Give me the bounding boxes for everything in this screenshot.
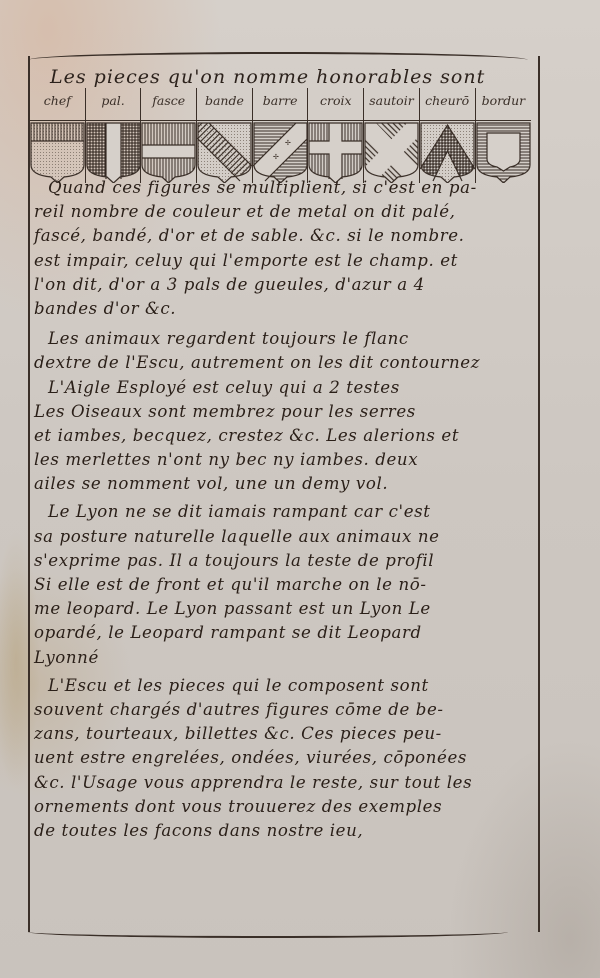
shield-fess-icon: [141, 121, 196, 183]
ordinary-label: bande: [197, 88, 252, 121]
ordinaries-row: chef pal. fasce bande: [30, 88, 532, 183]
ordinary-chevron: cheurō: [420, 88, 476, 183]
ordinary-label: barre: [253, 88, 308, 121]
text-line: l'on dit, d'or a 3 pals de gueules, d'az…: [34, 273, 534, 297]
text-line: Lyonné: [34, 646, 534, 670]
ordinary-label: chef: [30, 88, 85, 121]
shield-pale-icon: [86, 121, 141, 183]
shield-cross-icon: [308, 121, 363, 183]
scanned-page: Les pieces qu'on nomme honorables sont c…: [0, 0, 600, 978]
shield-chef-icon: [30, 121, 85, 183]
text-line: dextre de l'Escu, autrement on les dit c…: [34, 351, 534, 375]
text-line: Quand ces figures se multiplient, si c'e…: [34, 176, 534, 200]
text-line: Si elle est de front et qu'il marche on …: [34, 573, 534, 597]
text-line: Les animaux regardent toujours le flanc: [34, 327, 534, 351]
ordinary-label: croix: [308, 88, 363, 121]
text-line: L'Escu et les pieces qui le composent so…: [34, 674, 534, 698]
shield-bend-sinister-icon: ✢✢: [253, 121, 308, 183]
text-line: fascé, bandé, d'or et de sable. &c. si l…: [34, 224, 534, 248]
text-line: et iambes, becquez, crestez &c. Les aler…: [34, 424, 534, 448]
shield-bordure-icon: [476, 121, 531, 183]
text-line: est impair, celuy qui l'emporte est le c…: [34, 249, 534, 273]
ordinary-label: bordur: [476, 88, 532, 121]
ordinary-pal: pal.: [86, 88, 142, 183]
shield-chevron-icon: [420, 121, 475, 183]
text-line: ailes se nomment vol, une un demy vol.: [34, 472, 534, 496]
ordinary-croix: croix: [308, 88, 364, 183]
paragraph-animals: Les animaux regardent toujours le flanc …: [34, 327, 534, 375]
paragraph-multiplied-figures: Quand ces figures se multiplient, si c'e…: [34, 176, 534, 321]
paragraph-escutcheon: L'Escu et les pieces qui le composent so…: [34, 674, 534, 843]
text-line: zans, tourteaux, billettes &c. Ces piece…: [34, 722, 534, 746]
text-line: L'Aigle Esployé est celuy qui a 2 testes: [34, 376, 534, 400]
text-line: de toutes les facons dans nostre ieu,: [34, 819, 534, 843]
ordinary-bordure: bordur: [476, 88, 532, 183]
svg-text:✢: ✢: [273, 153, 279, 161]
page-heading: Les pieces qu'on nomme honorables sont: [50, 66, 530, 88]
text-line: les merlettes n'ont ny bec ny iambes. de…: [34, 448, 534, 472]
text-line: uent estre engrelées, ondées, viurées, c…: [34, 746, 534, 770]
ordinary-fasce: fasce: [141, 88, 197, 183]
ordinary-label: fasce: [141, 88, 196, 121]
ordinary-bande: bande: [197, 88, 253, 183]
body-text: Quand ces figures se multiplient, si c'e…: [34, 176, 534, 843]
text-line: bandes d'or &c.: [34, 297, 534, 321]
text-line: souvent chargés d'autres figures cōme de…: [34, 698, 534, 722]
paragraph-lion: Le Lyon ne se dit iamais rampant car c'e…: [34, 500, 534, 669]
text-line: Le Lyon ne se dit iamais rampant car c'e…: [34, 500, 534, 524]
svg-text:✢: ✢: [285, 139, 291, 147]
text-line: &c. l'Usage vous apprendra le reste, sur…: [34, 771, 534, 795]
text-line: sa posture naturelle laquelle aux animau…: [34, 525, 534, 549]
ordinary-label: cheurō: [420, 88, 475, 121]
text-line: opardé, le Leopard rampant se dit Leopar…: [34, 621, 534, 645]
frame-bottom-rule: [28, 928, 508, 938]
text-line: Les Oiseaux sont membrez pour les serres: [34, 400, 534, 424]
ordinary-chef: chef: [30, 88, 86, 183]
text-line: reil nombre de couleur et de metal on di…: [34, 200, 534, 224]
text-line: me leopard. Le Lyon passant est un Lyon …: [34, 597, 534, 621]
ordinary-label: pal.: [86, 88, 141, 121]
text-line: s'exprime pas. Il a toujours la teste de…: [34, 549, 534, 573]
ordinary-label: sautoir: [364, 88, 419, 121]
shield-saltire-icon: [364, 121, 419, 183]
ordinary-barre: barre ✢✢: [253, 88, 309, 183]
text-line: ornements dont vous trouuerez des exempl…: [34, 795, 534, 819]
shield-bend-icon: [197, 121, 252, 183]
paragraph-eagle-birds: L'Aigle Esployé est celuy qui a 2 testes…: [34, 376, 534, 497]
ordinary-sautoir: sautoir: [364, 88, 420, 183]
